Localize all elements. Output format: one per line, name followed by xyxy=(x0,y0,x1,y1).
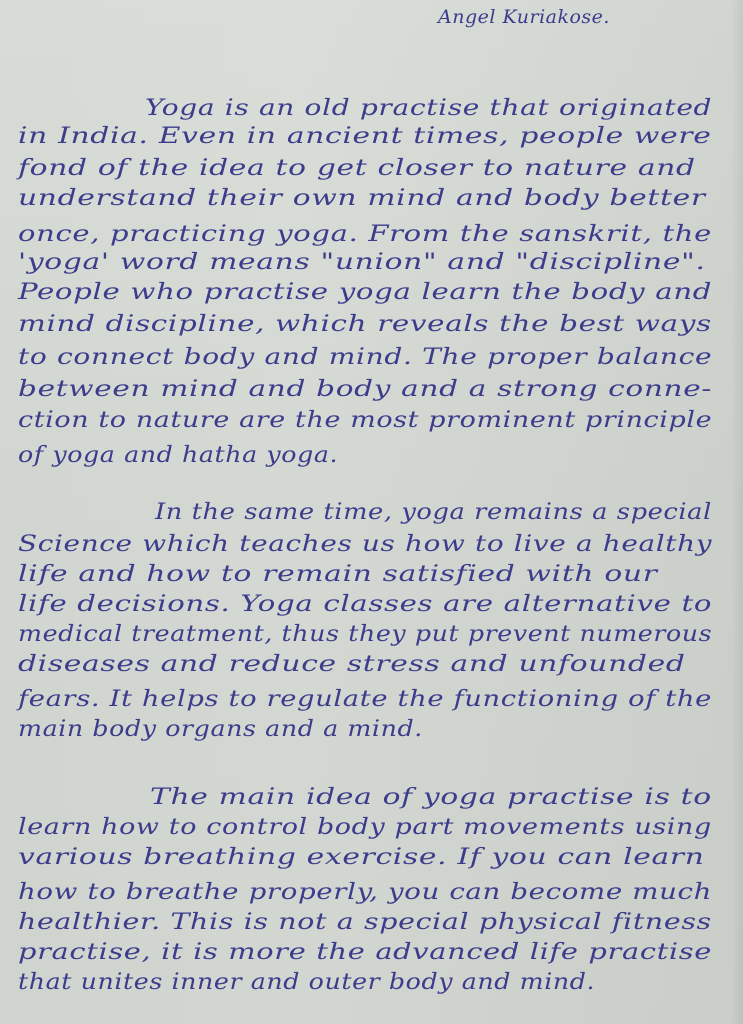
essay-line: practise, it is more the advanced life p… xyxy=(18,940,712,965)
essay-line: People who practise yoga learn the body … xyxy=(18,280,712,305)
essay-line: 'yoga' word means "union" and "disciplin… xyxy=(18,250,706,275)
essay-line: fears. It helps to regulate the function… xyxy=(18,687,712,712)
essay-line: how to breathe properly, you can become … xyxy=(18,880,712,905)
essay-line: life and how to remain satisfied with ou… xyxy=(18,562,658,587)
essay-line: between mind and body and a strong conne… xyxy=(18,377,712,402)
essay-line: The main idea of yoga practise is to xyxy=(150,785,712,810)
essay-line: Yoga is an old practise that originated xyxy=(145,96,712,121)
essay-line: healthier. This is not a special physica… xyxy=(18,910,712,935)
essay-line: ction to nature are the most prominent p… xyxy=(18,408,712,433)
essay-line: of yoga and hatha yoga. xyxy=(18,443,338,468)
essay-line: fond of the idea to get closer to nature… xyxy=(18,156,696,181)
essay-line: In the same time, yoga remains a special xyxy=(155,500,712,525)
essay-line: diseases and reduce stress and unfounded xyxy=(18,652,686,677)
essay-line: various breathing exercise. If you can l… xyxy=(18,845,705,870)
essay-line: life decisions. Yoga classes are alterna… xyxy=(18,592,712,617)
author-name: Angel Kuriakose. xyxy=(438,6,610,28)
essay-line: medical treatment, thus they put prevent… xyxy=(18,622,712,647)
essay-line: Science which teaches us how to live a h… xyxy=(18,532,712,557)
paper-edge-shadow xyxy=(731,0,743,1024)
essay-line: that unites inner and outer body and min… xyxy=(18,970,595,995)
essay-line: understand their own mind and body bette… xyxy=(18,186,706,211)
essay-line: main body organs and a mind. xyxy=(18,717,423,742)
essay-line: learn how to control body part movements… xyxy=(18,815,712,840)
essay-line: to connect body and mind. The proper bal… xyxy=(18,345,712,370)
essay-line: in India. Even in ancient times, people … xyxy=(18,124,712,149)
essay-line: once, practicing yoga. From the sanskrit… xyxy=(18,222,712,247)
essay-line: mind discipline, which reveals the best … xyxy=(18,312,712,337)
